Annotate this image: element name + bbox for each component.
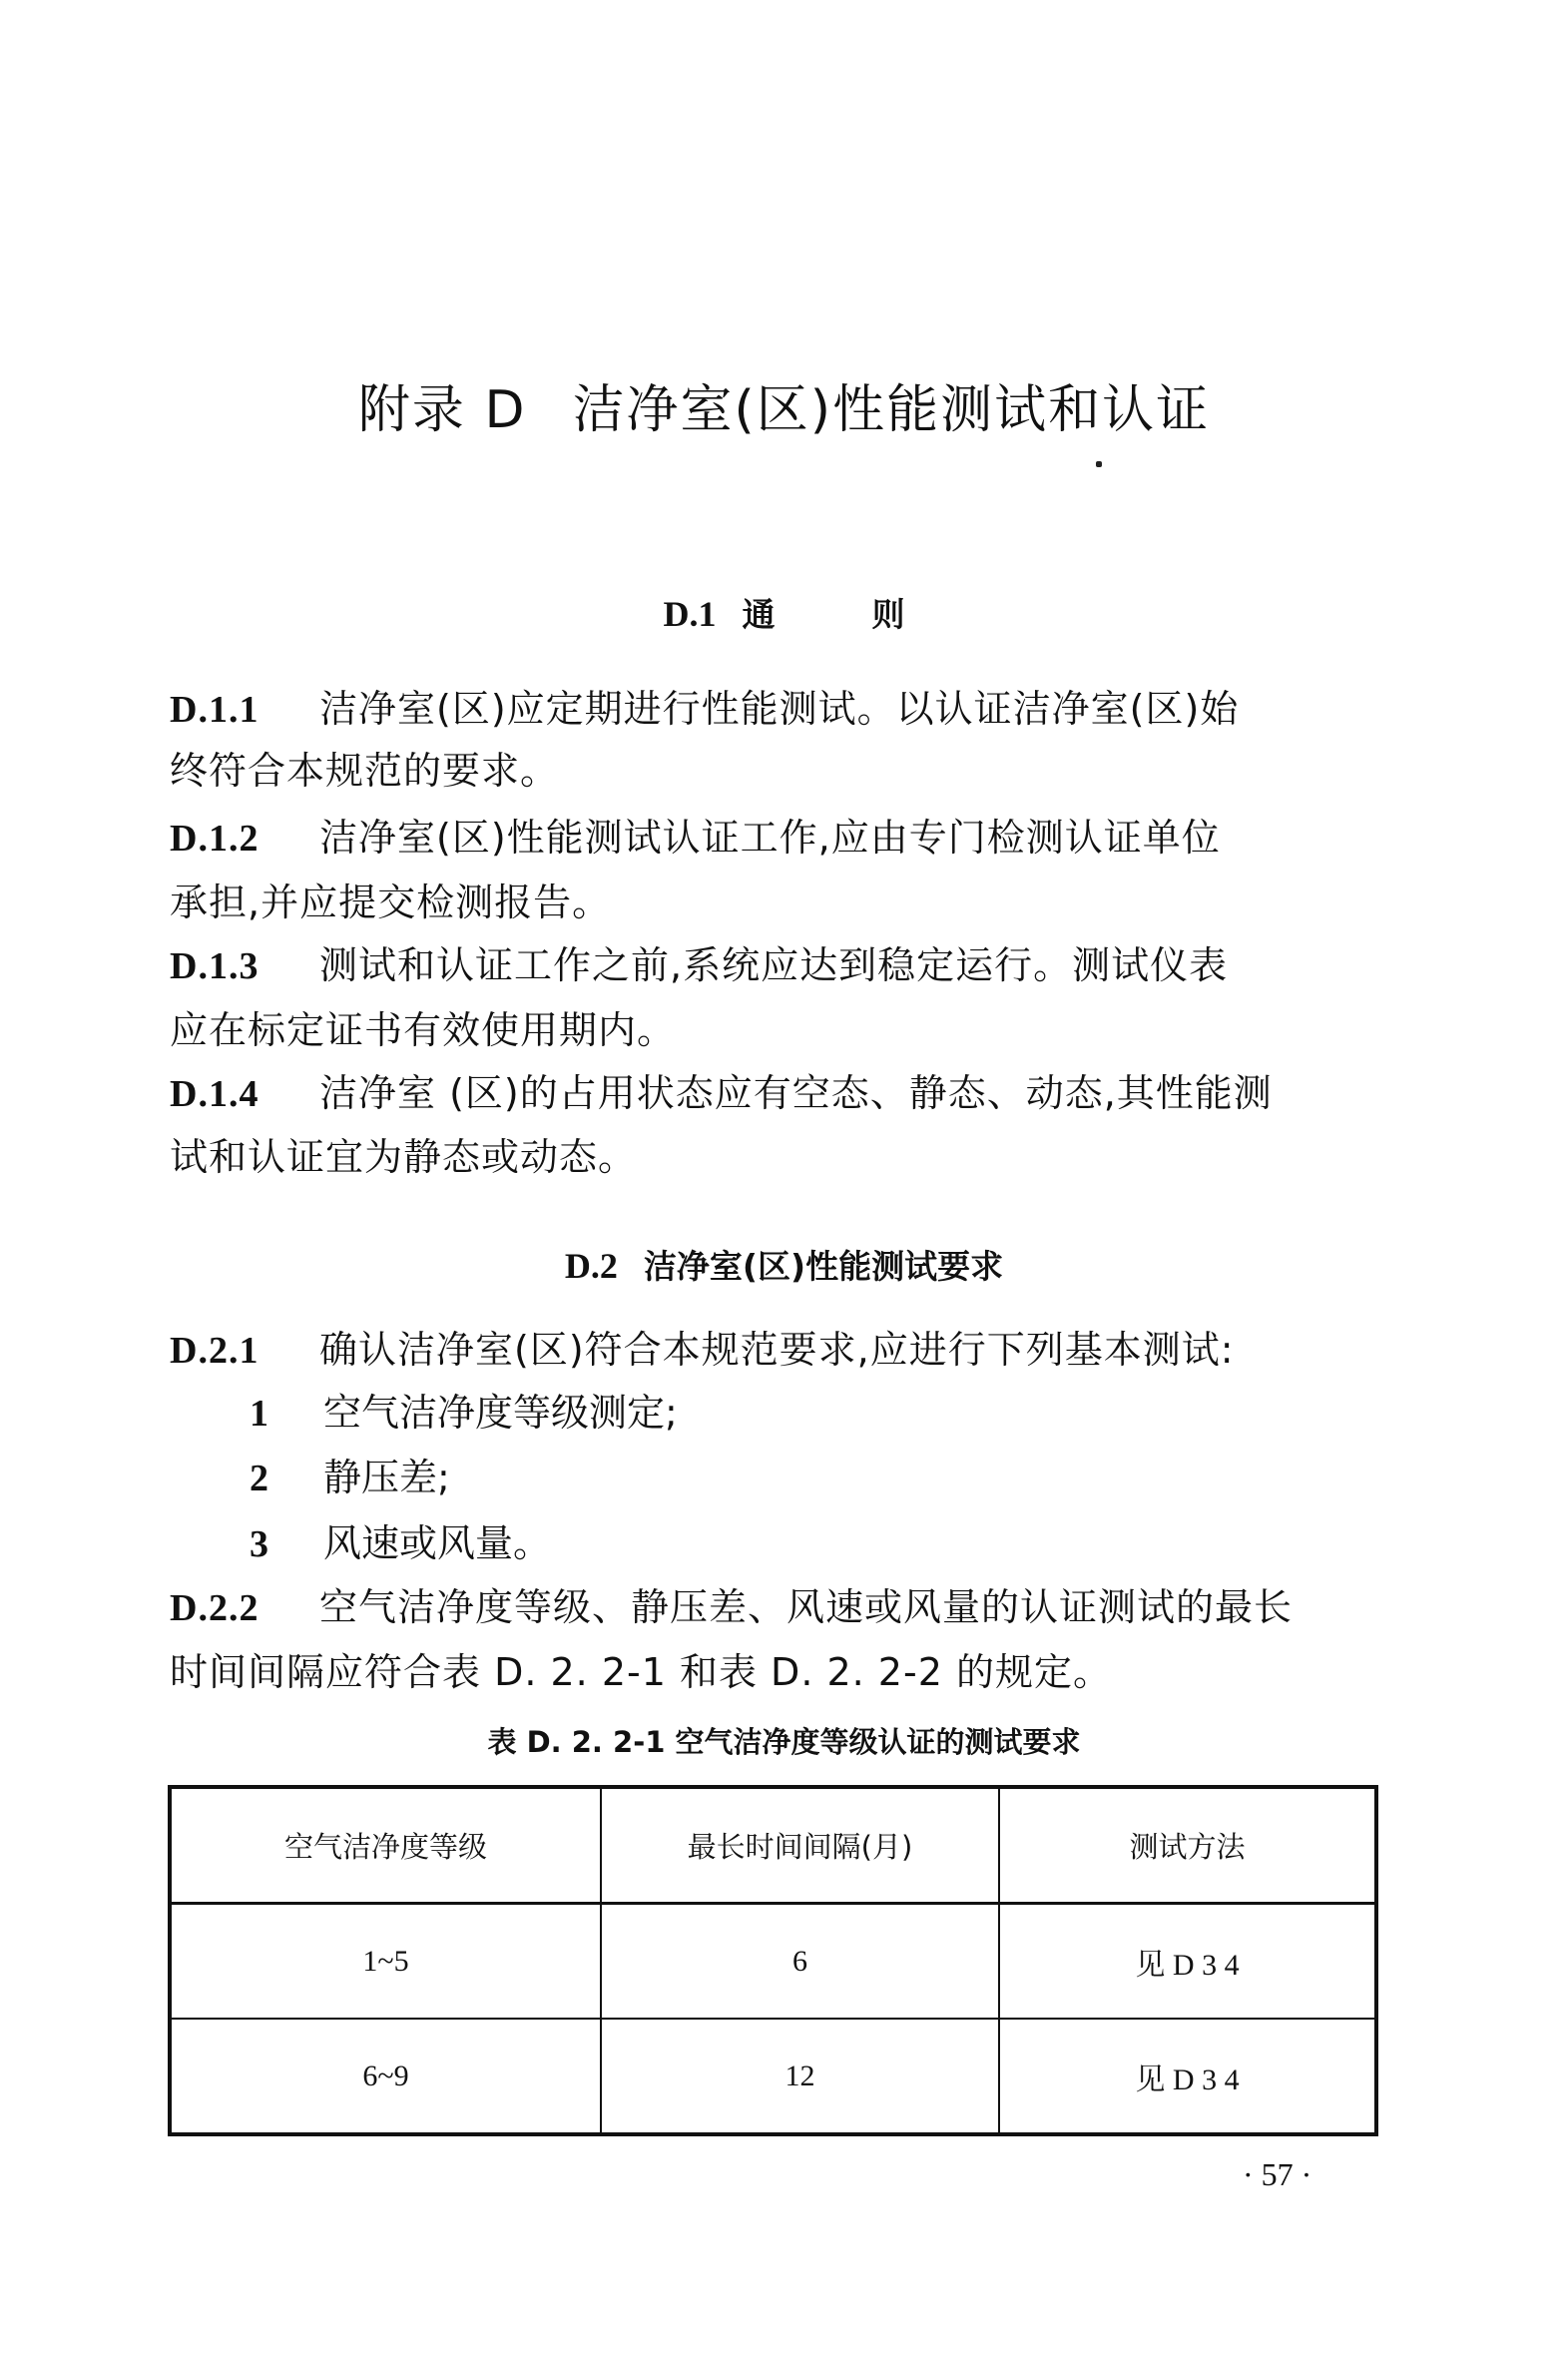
table-header-row: 空气洁净度等级 最长时间间隔(月) 测试方法	[170, 1787, 1376, 1904]
table-row: 6~9 12 见 D 3 4	[170, 2019, 1376, 2134]
list-item-text: 风速或风量。	[323, 1521, 551, 1565]
column-header: 空气洁净度等级	[170, 1787, 601, 1904]
column-header: 测试方法	[999, 1787, 1376, 1904]
clause-d1-2: D.1.2洁净室(区)性能测试认证工作,应由专门检测认证单位	[170, 816, 1221, 861]
appendix-title: 洁净室(区)性能测试和认证	[573, 380, 1211, 440]
clause-text: 时间间隔应符合表 D. 2. 2-1 和表 D. 2. 2-2 的规定。	[170, 1650, 1112, 1694]
clause-text: 空气洁净度等级、静压差、风速或风量的认证测试的最长	[319, 1585, 1293, 1629]
clause-text: 确认洁净室(区)符合本规范要求,应进行下列基本测试:	[319, 1328, 1235, 1372]
page-title: 附录 D洁净室(区)性能测试和认证	[0, 367, 1568, 442]
clause-d1-3-cont: 应在标定证书有效使用期内。	[170, 1008, 676, 1052]
clause-text: 承担,并应提交检测报告。	[170, 881, 611, 924]
list-item-number: 3	[250, 1522, 323, 1566]
list-item: 1空气洁净度等级测定;	[250, 1391, 678, 1436]
clause-d2-1: D.2.1确认洁净室(区)符合本规范要求,应进行下列基本测试:	[170, 1328, 1235, 1373]
table-cell: 1~5	[170, 1904, 601, 2020]
list-item: 2静压差;	[250, 1456, 450, 1500]
section-number: D.1	[664, 594, 717, 634]
table-row: 1~5 6 见 D 3 4	[170, 1904, 1376, 2020]
clause-label: D.1.2	[170, 817, 319, 861]
list-item-text: 静压差;	[323, 1456, 450, 1499]
clause-text: 洁净室(区)应定期进行性能测试。以认证洁净室(区)始	[319, 687, 1239, 731]
clause-label: D.1.4	[170, 1072, 319, 1116]
table-cell: 12	[601, 2019, 999, 2134]
list-item-text: 空气洁净度等级测定;	[323, 1391, 678, 1435]
table-cell: 见 D 3 4	[999, 2019, 1376, 2134]
clause-label: D.1.1	[170, 688, 319, 732]
table-cell: 6	[601, 1904, 999, 2020]
clause-d2-2-cont: 时间间隔应符合表 D. 2. 2-1 和表 D. 2. 2-2 的规定。	[170, 1650, 1112, 1694]
clause-d1-1: D.1.1洁净室(区)应定期进行性能测试。以认证洁净室(区)始	[170, 687, 1239, 732]
table-cell: 6~9	[170, 2019, 601, 2134]
column-header: 最长时间间隔(月)	[601, 1787, 999, 1904]
clause-d2-2: D.2.2空气洁净度等级、静压差、风速或风量的认证测试的最长	[170, 1585, 1293, 1630]
list-item-number: 1	[250, 1392, 323, 1436]
table-caption: 表 D. 2. 2-1 空气洁净度等级认证的测试要求	[0, 1720, 1568, 1761]
section-heading-d2: D.2洁净室(区)性能测试要求	[0, 1241, 1568, 1288]
clause-label: D.2.2	[170, 1586, 319, 1630]
test-requirements-table: 空气洁净度等级 最长时间间隔(月) 测试方法 1~5 6 见 D 3 4 6~9…	[168, 1785, 1378, 2136]
list-item-number: 2	[250, 1457, 323, 1500]
clause-text: 洁净室 (区)的占用状态应有空态、静态、动态,其性能测	[319, 1071, 1273, 1115]
clause-d1-4: D.1.4洁净室 (区)的占用状态应有空态、静态、动态,其性能测	[170, 1071, 1273, 1116]
clause-d1-2-cont: 承担,并应提交检测报告。	[170, 881, 611, 924]
clause-label: D.2.1	[170, 1329, 319, 1373]
clause-d1-4-cont: 试和认证宜为静态或动态。	[170, 1135, 637, 1179]
clause-d1-1-cont: 终符合本规范的要求。	[170, 749, 559, 793]
section-heading-text: 洁净室(区)性能测试要求	[644, 1247, 1003, 1286]
section-heading-part: 通	[743, 589, 872, 636]
clause-d1-3: D.1.3测试和认证工作之前,系统应达到稳定运行。测试仪表	[170, 943, 1228, 988]
section-heading-part: 则	[872, 595, 905, 634]
list-item: 3风速或风量。	[250, 1521, 551, 1566]
scan-speck	[1096, 461, 1102, 467]
clause-text: 试和认证宜为静态或动态。	[170, 1135, 637, 1179]
section-heading-d1: D.1通则	[0, 589, 1568, 636]
clause-label: D.1.3	[170, 944, 319, 988]
appendix-label: 附录 D	[358, 380, 527, 440]
page-number: · 57 ·	[1243, 2156, 1311, 2193]
clause-text: 洁净室(区)性能测试认证工作,应由专门检测认证单位	[319, 816, 1221, 860]
clause-text: 终符合本规范的要求。	[170, 749, 559, 793]
clause-text: 测试和认证工作之前,系统应达到稳定运行。测试仪表	[319, 943, 1228, 987]
table-cell: 见 D 3 4	[999, 1904, 1376, 2020]
section-number: D.2	[565, 1246, 618, 1286]
clause-text: 应在标定证书有效使用期内。	[170, 1008, 676, 1052]
